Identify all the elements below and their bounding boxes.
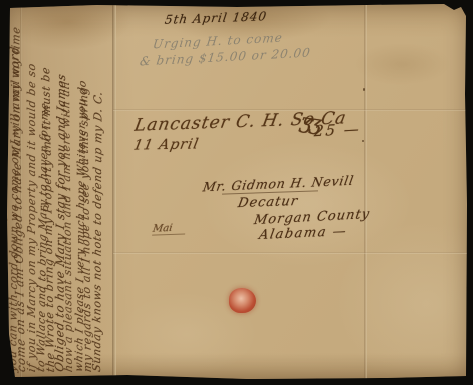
fold-crease-left	[20, 4, 22, 379]
fold-crease-right	[364, 4, 367, 379]
postmark-date: 11 April	[132, 136, 200, 153]
ink-speck	[363, 88, 365, 91]
frank-mark: Mai	[152, 222, 187, 234]
wax-seal	[229, 288, 256, 313]
address-city: Decatur	[237, 194, 300, 211]
postage-rate: 25 —	[313, 120, 361, 141]
ink-speck	[362, 140, 364, 142]
ink-speck	[16, 260, 18, 263]
horizontal-crease-lower	[113, 252, 467, 254]
folded-page-edge	[112, 4, 116, 379]
photo-frame: P. S. I wish you can come you are nothin…	[0, 0, 473, 385]
address-state: Alabama —	[258, 224, 349, 243]
docket-date: 5th April 1840	[164, 9, 268, 27]
letter-paper: P. S. I wish you can come you are nothin…	[7, 4, 467, 379]
handwriting-column: Sunday knows not hote to defend up my D.…	[90, 90, 104, 373]
frank-mark-text: Mai	[152, 222, 187, 235]
